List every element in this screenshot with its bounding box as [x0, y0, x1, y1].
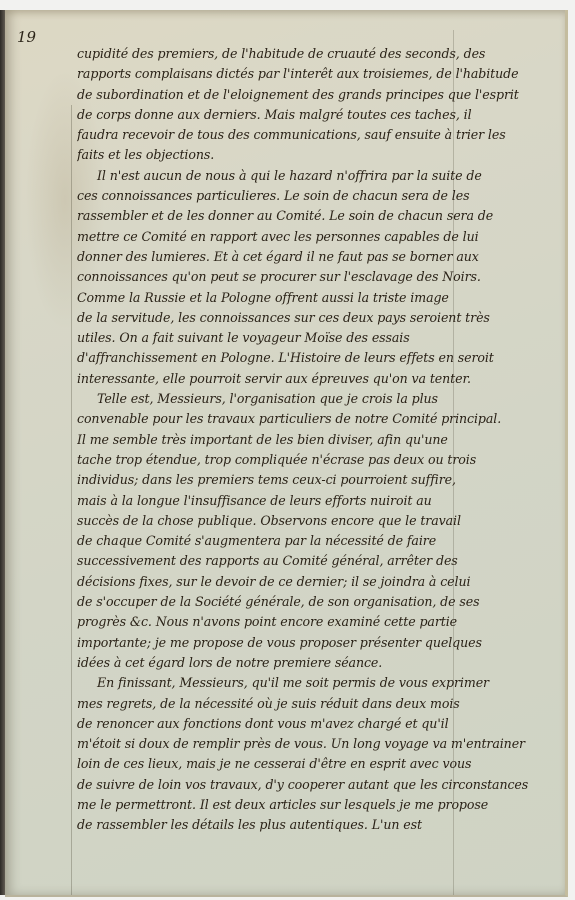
manuscript-line: convenable pour les travaux particuliers…: [77, 409, 559, 429]
manuscript-line: interessante, elle pourroit servir aux é…: [77, 369, 559, 389]
manuscript-line: de chaque Comité s'augmentera par la néc…: [77, 531, 559, 551]
manuscript-line: importante; je me propose de vous propos…: [77, 633, 559, 653]
manuscript-line: décisions fixes, sur le devoir de ce der…: [77, 572, 559, 592]
manuscript-line: de corps donne aux derniers. Mais malgré…: [77, 105, 559, 125]
handwritten-text-block: cupidité des premiers, de l'habitude de …: [77, 44, 559, 836]
manuscript-line: mais à la longue l'insuffisance de leurs…: [77, 491, 559, 511]
manuscript-line: de renoncer aux fonctions dont vous m'av…: [77, 714, 559, 734]
manuscript-line: En finissant, Messieurs, qu'il me soit p…: [77, 673, 559, 693]
manuscript-line: Comme la Russie et la Pologne offrent au…: [77, 288, 559, 308]
manuscript-line: successivement des rapports au Comité gé…: [77, 551, 559, 571]
manuscript-line: faudra recevoir de tous des communicatio…: [77, 125, 559, 145]
manuscript-line: progrès &c. Nous n'avons point encore ex…: [77, 612, 559, 632]
manuscript-line: Il me semble très important de les bien …: [77, 430, 559, 450]
manuscript-line: me le permettront. Il est deux articles …: [77, 795, 559, 815]
folio-number: 19: [17, 28, 36, 46]
manuscript-line: succès de la chose publique. Observons e…: [77, 511, 559, 531]
manuscript-line: de rassembler les détails les plus auten…: [77, 815, 559, 835]
manuscript-line: rassembler et de les donner au Comité. L…: [77, 206, 559, 226]
manuscript-line: faits et les objections.: [77, 145, 559, 165]
manuscript-line: de s'occuper de la Société générale, de …: [77, 592, 559, 612]
manuscript-line: mes regrets, de la nécessité où je suis …: [77, 694, 559, 714]
manuscript-line: donner des lumieres. Et à cet égard il n…: [77, 247, 559, 267]
manuscript-line: tache trop étendue, trop compliquée n'éc…: [77, 450, 559, 470]
manuscript-line: Telle est, Messieurs, l'organisation que…: [77, 389, 559, 409]
manuscript-line: idées à cet égard lors de notre premiere…: [77, 653, 559, 673]
manuscript-line: de suivre de loin vos travaux, d'y coope…: [77, 775, 559, 795]
manuscript-line: de subordination et de l'eloignement des…: [77, 85, 559, 105]
manuscript-line: rapports complaisans dictés par l'interê…: [77, 64, 559, 84]
manuscript-line: individus; dans les premiers tems ceux-c…: [77, 470, 559, 490]
manuscript-line: ces connoissances particulieres. Le soin…: [77, 186, 559, 206]
manuscript-line: cupidité des premiers, de l'habitude de …: [77, 44, 559, 64]
manuscript-line: mettre ce Comité en rapport avec les per…: [77, 227, 559, 247]
manuscript-line: d'affranchissement en Pologne. L'Histoir…: [77, 348, 559, 368]
manuscript-line: de la servitude, les connoissances sur c…: [77, 308, 559, 328]
manuscript-line: connoissances qu'on peut se procurer sur…: [77, 267, 559, 287]
manuscript-line: utiles. On a fait suivant le voyageur Mo…: [77, 328, 559, 348]
manuscript-line: Il n'est aucun de nous à qui le hazard n…: [77, 166, 559, 186]
manuscript-line: m'étoit si doux de remplir près de vous.…: [77, 734, 559, 754]
left-margin-rule: [71, 105, 72, 895]
manuscript-page: 19 cupidité des premiers, de l'habitude …: [5, 10, 568, 897]
manuscript-line: loin de ces lieux, mais je ne cesserai d…: [77, 754, 559, 774]
